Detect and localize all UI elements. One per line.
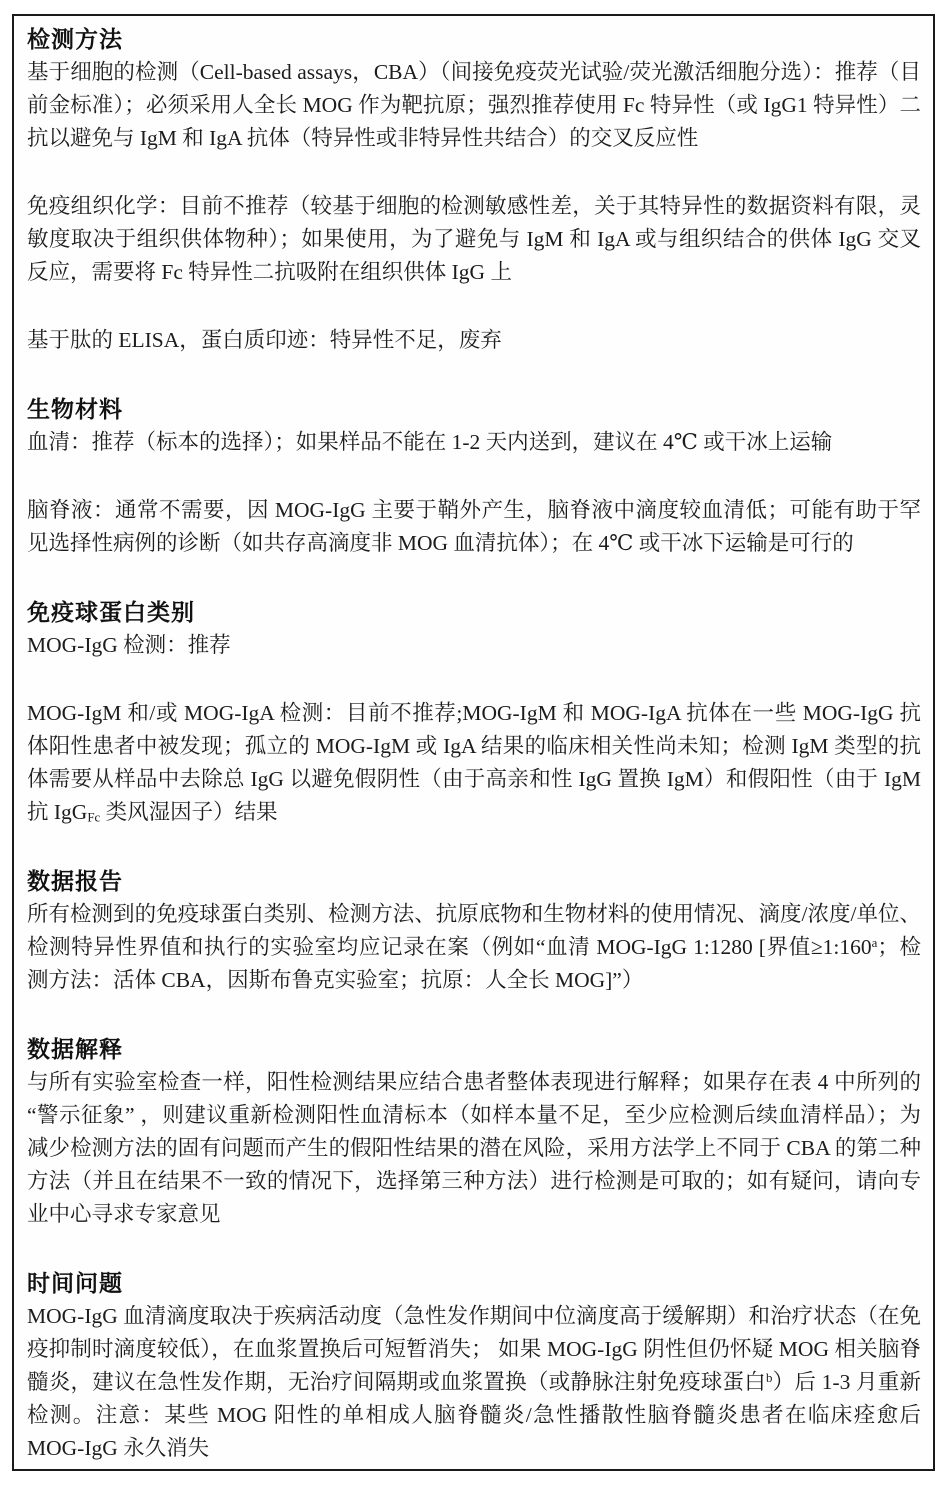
section-detection-methods: 检测方法 基于细胞的检测（Cell-based assays，CBA）（间接免疫… <box>27 22 921 357</box>
section-heading: 数据报告 <box>27 864 921 898</box>
document-body: 检测方法 基于细胞的检测（Cell-based assays，CBA）（间接免疫… <box>12 14 935 1471</box>
paragraph-serum: 血清：推荐（标本的选择）；如果样品不能在 1-2 天内送到，建议在 4℃ 或干冰… <box>27 426 921 459</box>
paragraph-mog-igg: MOG-IgG 检测：推荐 <box>27 629 921 662</box>
section-timing-issues: 时间问题 MOG-IgG 血清滴度取决于疾病活动度（急性发作期间中位滴度高于缓解… <box>27 1266 921 1465</box>
paragraph-cell-based-assays: 基于细胞的检测（Cell-based assays，CBA）（间接免疫荧光试验/… <box>27 56 921 155</box>
paragraph-immunohistochemistry: 免疫组织化学：目前不推荐（较基于细胞的检测敏感性差，关于其特异性的数据资料有限，… <box>27 190 921 289</box>
paragraph-csf: 脑脊液：通常不需要，因 MOG-IgG 主要于鞘外产生，脑脊液中滴度较血清低；可… <box>27 494 921 560</box>
paragraph-reporting-requirements: 所有检测到的免疫球蛋白类别、检测方法、抗原底物和生物材料的使用情况、滴度/浓度/… <box>27 898 921 997</box>
section-heading: 免疫球蛋白类别 <box>27 595 921 629</box>
section-heading: 生物材料 <box>27 392 921 426</box>
section-heading: 时间问题 <box>27 1266 921 1300</box>
section-immunoglobulin-classes: 免疫球蛋白类别 MOG-IgG 检测：推荐 MOG-IgM 和/或 MOG-Ig… <box>27 595 921 829</box>
paragraph-interpretation-guidance: 与所有实验室检查一样，阳性检测结果应结合患者整体表现进行解释；如果存在表 4 中… <box>27 1066 921 1231</box>
section-heading: 数据解释 <box>27 1032 921 1066</box>
section-data-interpretation: 数据解释 与所有实验室检查一样，阳性检测结果应结合患者整体表现进行解释；如果存在… <box>27 1032 921 1231</box>
section-heading: 检测方法 <box>27 22 921 56</box>
paragraph-mog-igm-iga: MOG-IgM 和/或 MOG-IgA 检测：目前不推荐;MOG-IgM 和 M… <box>27 697 921 829</box>
paragraph-peptide-elisa: 基于肽的 ELISA，蛋白质印迹：特异性不足，废弃 <box>27 324 921 357</box>
paragraph-timing-guidance: MOG-IgG 血清滴度取决于疾病活动度（急性发作期间中位滴度高于缓解期）和治疗… <box>27 1300 921 1465</box>
page: { "page": { "background_color": "#ffffff… <box>0 0 947 1493</box>
section-data-reporting: 数据报告 所有检测到的免疫球蛋白类别、检测方法、抗原底物和生物材料的使用情况、滴… <box>27 864 921 997</box>
section-biological-materials: 生物材料 血清：推荐（标本的选择）；如果样品不能在 1-2 天内送到，建议在 4… <box>27 392 921 560</box>
